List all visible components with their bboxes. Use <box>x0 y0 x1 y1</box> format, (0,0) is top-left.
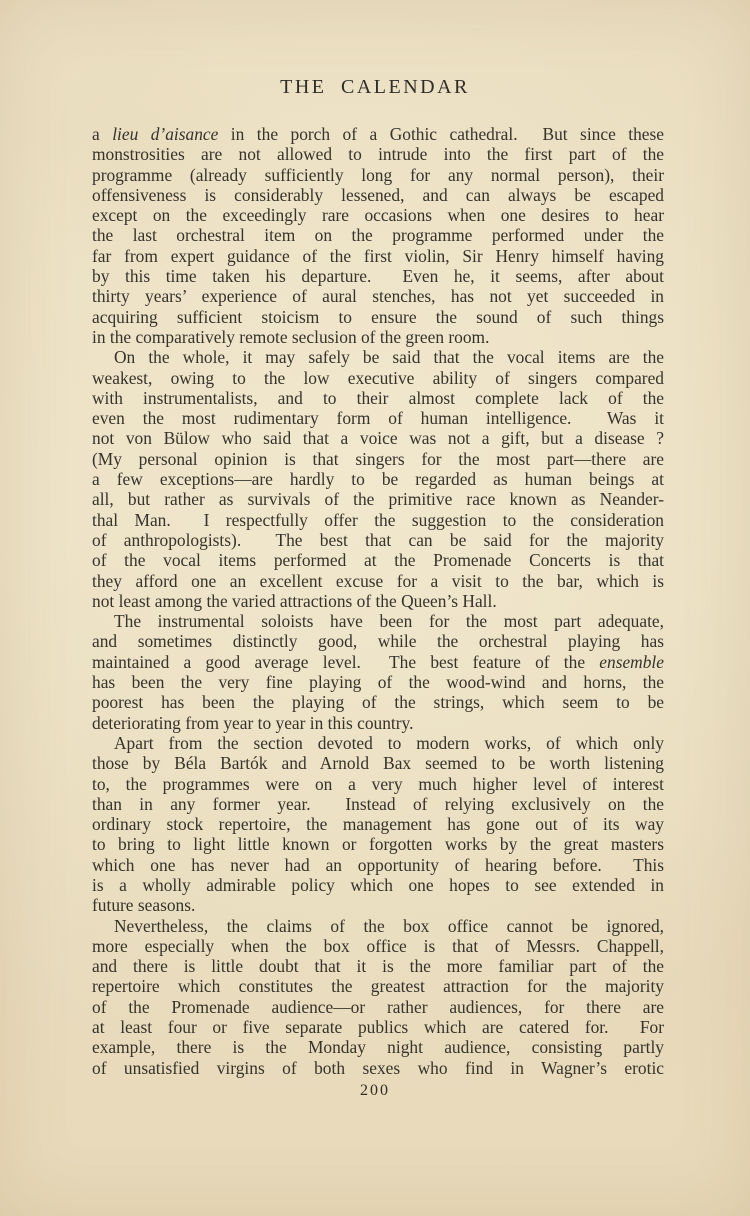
text-line: ordinary stock repertoire, the managemen… <box>92 814 664 834</box>
text-line: acquiring sufficient stoicism to ensure … <box>92 307 664 327</box>
text-line: The instrumental soloists have been for … <box>92 611 664 631</box>
text-line: in the comparatively remote seclusion of… <box>92 327 664 347</box>
text-line: far from expert guidance of the first vi… <box>92 246 664 266</box>
text-line: of the vocal items performed at the Prom… <box>92 550 664 570</box>
text-line: thal Man. I respectfully offer the sugge… <box>92 510 664 530</box>
text-line: future seasons. <box>92 895 664 915</box>
text-line: all, but rather as survivals of the prim… <box>92 489 664 509</box>
text-line: On the whole, it may safely be said that… <box>92 347 664 367</box>
text-block: a lieu d’aisance in the porch of a Gothi… <box>92 124 664 1078</box>
text-line: Apart from the section devoted to modern… <box>92 733 664 753</box>
text-line: by this time taken his departure. Even h… <box>92 266 664 286</box>
text-line: and sometimes distinctly good, while the… <box>92 631 664 651</box>
text-line: repertoire which constitutes the greates… <box>92 976 664 996</box>
text-line: to, the programmes were on a very much h… <box>92 774 664 794</box>
italic-text: ensemble <box>599 652 664 672</box>
text-line: Nevertheless, the claims of the box offi… <box>92 916 664 936</box>
text-line: has been the very fine playing of the wo… <box>92 672 664 692</box>
text-line: deteriorating from year to year in this … <box>92 713 664 733</box>
text-line: thirty years’ experience of aural stench… <box>92 286 664 306</box>
paragraph: a lieu d’aisance in the porch of a Gothi… <box>92 124 664 347</box>
text-line: a few exceptions—are hardly to be regard… <box>92 469 664 489</box>
text-line: example, there is the Monday night audie… <box>92 1037 664 1057</box>
paragraph: The instrumental soloists have been for … <box>92 611 664 733</box>
text-line: of unsatisfied virgins of both sexes who… <box>92 1058 664 1078</box>
paragraph: Apart from the section devoted to modern… <box>92 733 664 916</box>
text-line: at least four or five separate publics w… <box>92 1017 664 1037</box>
text-line: and there is little doubt that it is the… <box>92 956 664 976</box>
text-line: than in any former year. Instead of rely… <box>92 794 664 814</box>
paragraph: On the whole, it may safely be said that… <box>92 347 664 611</box>
page-header-title: THE CALENDAR <box>0 76 750 99</box>
text-line: offensiveness is considerably lessened, … <box>92 185 664 205</box>
text-line: weakest, owing to the low executive abil… <box>92 368 664 388</box>
text-line: except on the exceedingly rare occasions… <box>92 205 664 225</box>
text-line: not least among the varied attractions o… <box>92 591 664 611</box>
book-page: THE CALENDAR a lieu d’aisance in the por… <box>0 0 750 1216</box>
text-line: is a wholly admirable policy which one h… <box>92 875 664 895</box>
text-line: (My personal opinion is that singers for… <box>92 449 664 469</box>
text-line: those by Béla Bartók and Arnold Bax seem… <box>92 753 664 773</box>
text-line: to bring to light little known or forgot… <box>92 834 664 854</box>
text-line: poorest has been the playing of the stri… <box>92 692 664 712</box>
page-number: 200 <box>0 1082 750 1100</box>
paragraph: Nevertheless, the claims of the box offi… <box>92 916 664 1078</box>
text-line: maintained a good average level. The bes… <box>92 652 664 672</box>
text-line: programme (already sufficiently long for… <box>92 165 664 185</box>
text-line: even the most rudimentary form of human … <box>92 408 664 428</box>
text-line: they afford one an excellent excuse for … <box>92 571 664 591</box>
text-line: a lieu d’aisance in the porch of a Gothi… <box>92 124 664 144</box>
text-line: more especially when the box office is t… <box>92 936 664 956</box>
text-line: not von Bülow who said that a voice was … <box>92 428 664 448</box>
text-line: which one has never had an opportunity o… <box>92 855 664 875</box>
text-line: with instrumentalists, and to their almo… <box>92 388 664 408</box>
text-line: of the Promenade audience—or rather audi… <box>92 997 664 1017</box>
text-line: of anthropologists). The best that can b… <box>92 530 664 550</box>
italic-text: lieu d’aisance <box>112 124 218 144</box>
text-line: monstrosities are not allowed to intrude… <box>92 144 664 164</box>
text-line: the last orchestral item on the programm… <box>92 225 664 245</box>
